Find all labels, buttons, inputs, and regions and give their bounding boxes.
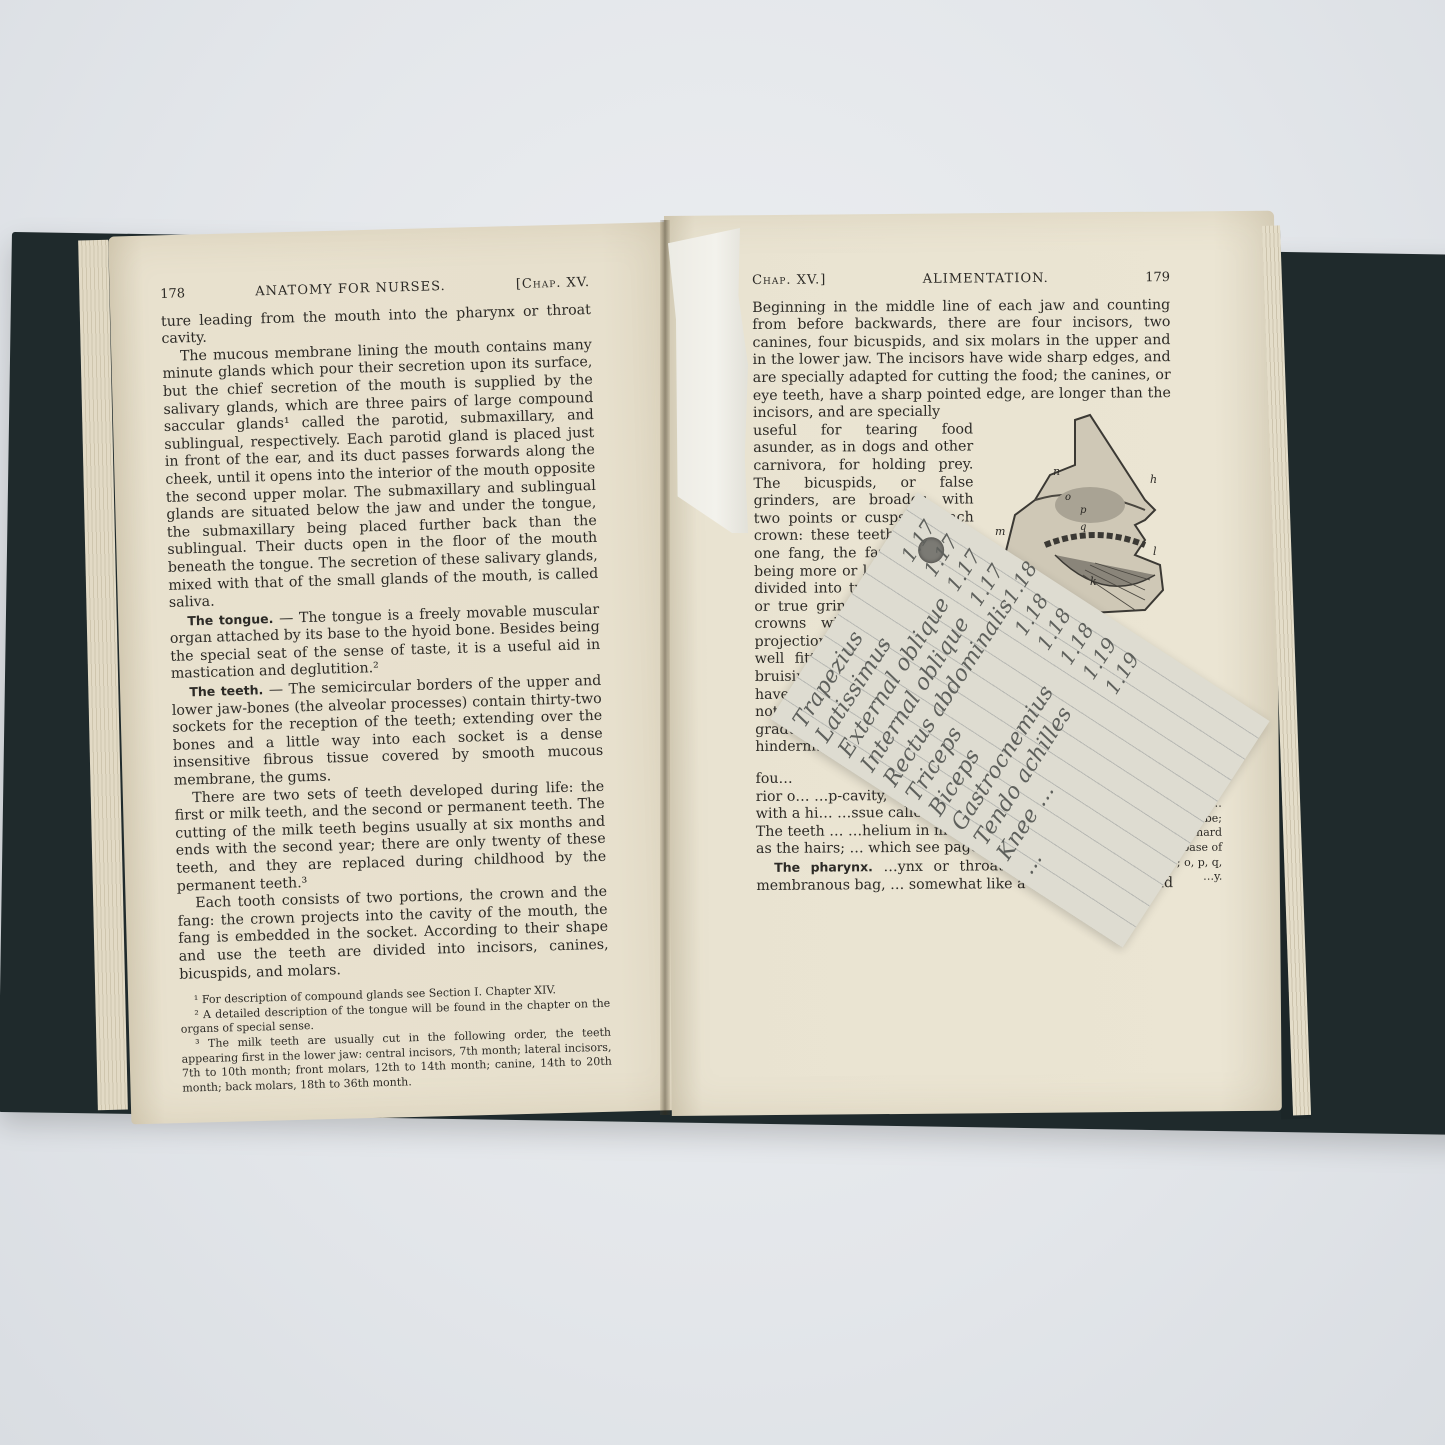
page-number: 179	[1145, 269, 1170, 287]
svg-text:l: l	[1153, 545, 1157, 558]
right-running-head: Chap. XV.] ALIMENTATION. 179	[752, 269, 1170, 290]
chapter-ref: Chap. XV.]	[752, 271, 826, 289]
book-gutter	[660, 220, 670, 1115]
svg-text:k: k	[1090, 575, 1097, 588]
running-title: ALIMENTATION.	[923, 270, 1049, 288]
svg-text:q: q	[1080, 522, 1086, 533]
svg-text:m: m	[995, 525, 1005, 538]
photo-scene: 178 ANATOMY FOR NURSES. [Chap. XV. ture …	[0, 0, 1445, 1445]
paragraph: There are two sets of teeth developed du…	[174, 778, 607, 896]
footnote: ³ The milk teeth are usually cut in the …	[181, 1026, 612, 1096]
footnotes: ¹ For description of compound glands see…	[180, 982, 613, 1096]
svg-text:n: n	[1053, 465, 1060, 478]
paragraph: Each tooth consists of two portions, the…	[177, 884, 609, 984]
paper-bookmark	[668, 228, 748, 533]
left-page-text: 178 ANATOMY FOR NURSES. [Chap. XV. ture …	[160, 274, 612, 1096]
paragraph-teeth: The teeth. — The semicircular borders of…	[171, 672, 604, 791]
paragraph: Beginning in the middle line of each jaw…	[752, 297, 1171, 423]
paragraph: The mucous membrane lining the mouth con…	[162, 337, 599, 613]
paragraph-tongue: The tongue. — The tongue is a freely mov…	[169, 601, 601, 684]
svg-text:p: p	[1080, 505, 1087, 516]
svg-text:o: o	[1065, 492, 1071, 503]
svg-text:h: h	[1150, 473, 1157, 486]
chapter-ref: [Chap. XV.	[516, 274, 591, 294]
page-number: 178	[160, 285, 185, 303]
